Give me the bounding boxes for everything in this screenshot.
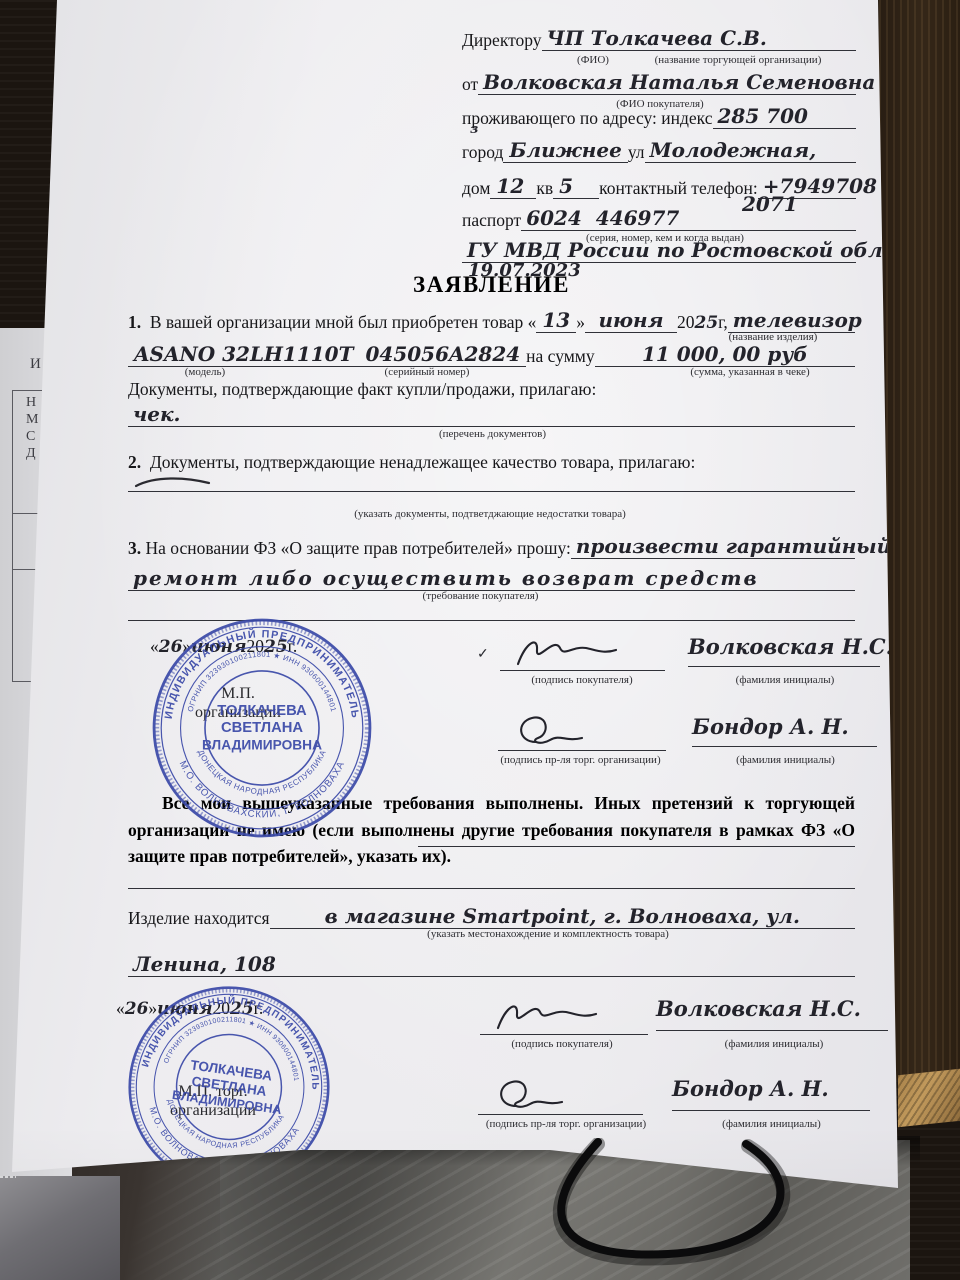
item3-row2: ремонт либо осуществить возврат средств	[128, 566, 855, 591]
seller-signature-icon	[490, 1076, 580, 1114]
docs-text: Документы, подтверждающие факт купли/про…	[128, 379, 596, 400]
city-correction-mark: з	[470, 122, 478, 137]
seller-name-line-1: Бондор А. Н.	[692, 714, 877, 747]
seller-sign-caption-2: (подпись пр-ля торг. организации)	[446, 1118, 686, 1130]
black-cable-icon	[0, 1138, 960, 1280]
buyer-name-line-2: Волковская Н.С.	[656, 996, 888, 1031]
name-caption-1b: (фамилия инициалы)	[698, 754, 873, 766]
seller-name-1: Бондор А. Н.	[692, 714, 849, 739]
photo-of-claim-form: И НМСД Директору ЧП Толкачева С.В. (ФИО)…	[0, 0, 960, 1280]
model-value: ASANO 32LH1110T	[128, 342, 359, 367]
item1-row: 1. В вашей организации мной был приобрет…	[128, 308, 855, 333]
street-value: Молодежная,	[645, 138, 856, 163]
stamp-center-line2: СВЕТЛАНА	[221, 720, 303, 736]
phone-label: контактный телефон:	[599, 178, 758, 199]
seller-signature-line-1	[498, 710, 666, 751]
purchase-day: 13	[536, 308, 576, 333]
director-value: ЧП Толкачева С.В.	[542, 26, 856, 51]
blank-line-2	[128, 888, 855, 889]
buyer-signature-icon	[512, 634, 622, 670]
year-prefix: 20	[677, 312, 695, 333]
model-serial-sum-row: ASANO 32LH1110T045056A2824на сумму11 000…	[128, 342, 855, 367]
purchase-month: июня	[585, 308, 677, 333]
stamp-center-line1: ТОЛКАЧЕВА	[217, 703, 307, 719]
docs-value-row: чек.	[128, 402, 855, 427]
seller-signature-line-2	[478, 1074, 643, 1115]
apt-value: 5	[553, 174, 599, 199]
item3-text: На основании ФЗ «О защите прав потребите…	[141, 538, 571, 559]
item3-number: 3.	[128, 538, 141, 559]
from-row: от Волковская Наталья Семеновна	[462, 70, 856, 95]
underlying-sheet-text: НМСД	[26, 394, 42, 462]
passport-label: паспорт	[462, 210, 521, 231]
purchase-year: 25	[694, 313, 718, 333]
buyer-signature-line-2	[480, 994, 648, 1035]
seller-name-2: Бондор А. Н.	[672, 1076, 829, 1101]
buyer-name-1: Волковская Н.С.	[688, 634, 893, 659]
request-line2: ремонт либо осуществить возврат средств	[128, 566, 855, 591]
org-caption: (название торгующей организации)	[628, 54, 848, 66]
city-value: Ближнее	[503, 138, 627, 163]
serial-caption: (серийный номер)	[352, 366, 502, 378]
form-title: ЗАЯВЛЕНИЕ	[128, 272, 855, 298]
sum-value: 11 000, 00 руб	[595, 342, 855, 367]
buyer-fio-value: Волковская Наталья Семеновна	[478, 70, 856, 95]
fio-caption: (ФИО)	[548, 54, 638, 66]
seller-sign-caption-1: (подпись пр-ля торг. организации)	[458, 754, 703, 766]
product-name: телевизор	[728, 308, 855, 333]
item3-row: 3. На основании ФЗ «О защите прав потреб…	[128, 534, 855, 559]
name-caption-1a: (фамилия инициалы)	[695, 674, 875, 686]
postal-index-value: 285 700	[713, 104, 856, 129]
docs-caption: (перечень документов)	[375, 428, 610, 440]
quote-open-2: «	[116, 998, 125, 1019]
name-caption-2b: (фамилия инициалы)	[674, 1118, 869, 1130]
buyer-name-line-1: Волковская Н.С.	[688, 634, 880, 667]
buyer-name-2: Волковская Н.С.	[656, 996, 861, 1021]
location-value-2: Ленина, 108	[128, 952, 855, 977]
model-caption: (модель)	[150, 366, 260, 378]
claim-form-paper: Директору ЧП Толкачева С.В. (ФИО) (назва…	[0, 0, 960, 1280]
address-row: проживающего по адресу: индекс 285 700	[462, 104, 856, 129]
item2-blank-row	[128, 468, 855, 492]
g-label: г,	[718, 312, 728, 333]
location-label: Изделие находится	[128, 908, 270, 929]
sum-caption: (сумма, указанная в чеке)	[650, 366, 850, 378]
item3-caption: (требование покупателя)	[368, 590, 593, 602]
from-label: от	[462, 74, 478, 95]
buyer-signature-line-1	[500, 630, 665, 671]
buyer-signature-icon	[492, 998, 602, 1034]
name-caption-2a: (фамилия инициалы)	[668, 1038, 880, 1050]
buyer-sign-caption-1: (подпись покупателя)	[492, 674, 672, 686]
item2-caption: (указать документы, подтветджающие недос…	[305, 508, 675, 520]
item1-text: В вашей организации мной был приобретен …	[141, 312, 536, 333]
round-seal-stamp-1: ИНДИВИДУАЛЬНЫЙ ПРЕДПРИНИМАТЕЛЬ М.О. ВОЛН…	[150, 616, 374, 840]
underlying-sheet-letter: И	[30, 356, 41, 373]
docs-text-row: Документы, подтверждающие факт купли/про…	[128, 379, 855, 400]
house-label: дом	[462, 178, 490, 199]
apt-label: кв	[536, 178, 553, 199]
passport-value: 6024 446977	[521, 206, 856, 231]
check-mark: ✓	[477, 646, 489, 663]
city-row: город Ближнее ул Молодежная,	[462, 138, 856, 163]
stamp-center-line3: ВЛАДИМИРОВНА	[202, 737, 322, 752]
director-row: Директору ЧП Толкачева С.В.	[462, 26, 856, 51]
buyer-sign-caption-2: (подпись покупателя)	[472, 1038, 652, 1050]
serial-value: 045056A2824	[359, 342, 526, 367]
item2-blank-line	[128, 469, 855, 492]
quote-close: »	[576, 312, 585, 333]
seller-name-line-2: Бондор А. Н.	[672, 1076, 870, 1111]
house-value: 12	[490, 174, 536, 199]
address-label: проживающего по адресу: индекс	[462, 108, 713, 129]
seller-signature-icon	[510, 712, 600, 750]
sum-label: на сумму	[526, 346, 594, 367]
request-line1: произвести гарантийный	[571, 534, 855, 559]
location-row-2: Ленина, 108	[128, 952, 855, 977]
docs-value: чек.	[128, 402, 855, 427]
passport-row: паспорт 6024 446977	[462, 206, 856, 231]
street-label: ул	[628, 142, 645, 163]
city-label: город	[462, 142, 503, 163]
location-caption: (указать местонахождение и комплектность…	[388, 928, 708, 940]
wood-block	[898, 1069, 960, 1128]
location-value-1: в магазине Smartpoint, г. Волноваха, ул.	[270, 904, 855, 929]
director-label: Директору	[462, 30, 542, 51]
location-row: Изделие находится в магазине Smartpoint,…	[128, 904, 855, 929]
item1-number: 1.	[128, 312, 141, 333]
dash-mark-icon	[133, 473, 213, 491]
